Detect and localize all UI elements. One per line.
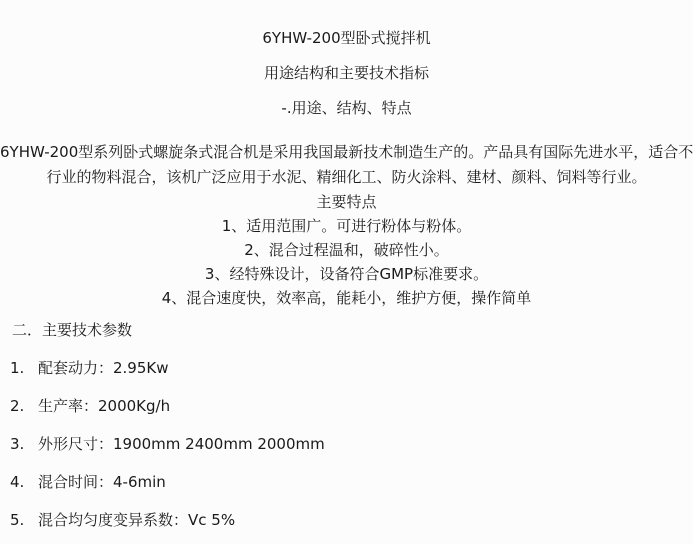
param-text: 生产率：2000Kg/h: [38, 397, 170, 415]
param-item-1: 1.配套动力：2.95Kw: [0, 360, 693, 376]
param-number: 4.: [10, 474, 38, 490]
params-list: 1.配套动力：2.95Kw 2.生产率：2000Kg/h 3.外形尺寸：1900…: [0, 360, 693, 528]
param-item-3: 3.外形尺寸：1900mm 2400mm 2000mm: [0, 436, 693, 452]
param-text: 混合时间：4-6min: [38, 473, 166, 491]
param-number: 1.: [10, 360, 38, 376]
intro-line-1: 6YHW-200型系列卧式螺旋条式混合机是采用我国最新技术制造生产的。产品具有国…: [0, 140, 693, 165]
param-number: 3.: [10, 436, 38, 452]
document-page: 6YHW-200型卧式搅拌机 用途结构和主要技术指标 -.用途、结构、特点 6Y…: [0, 0, 693, 544]
param-text: 配套动力：2.95Kw: [38, 359, 169, 377]
section1-heading: -.用途、结构、特点: [0, 100, 693, 116]
doc-subtitle: 用途结构和主要技术指标: [0, 65, 693, 81]
feature-item-1: 1、适用范围广。可进行粉体与粉体。: [0, 214, 693, 238]
param-item-5: 5.混合均匀度变异系数：Vc 5%: [0, 512, 693, 528]
section2-heading: 二．主要技术参数: [12, 322, 693, 338]
intro-line-2: 行业的物料混合，该机广泛应用于水泥、精细化工、防火涂料、建材、颜料、饲料等行业。: [0, 165, 693, 190]
features-block: 主要特点 1、适用范围广。可进行粉体与粉体。 2、混合过程温和，破碎性小。 3、…: [0, 190, 693, 310]
doc-title: 6YHW-200型卧式搅拌机: [0, 30, 693, 46]
param-item-4: 4.混合时间：4-6min: [0, 474, 693, 490]
features-title: 主要特点: [0, 190, 693, 214]
param-text: 外形尺寸：1900mm 2400mm 2000mm: [38, 435, 325, 453]
param-number: 5.: [10, 512, 38, 528]
feature-item-4: 4、混合速度快，效率高，能耗小，维护方便，操作简单: [0, 286, 693, 310]
feature-item-2: 2、混合过程温和，破碎性小。: [0, 238, 693, 262]
feature-item-3: 3、经特殊设计，设备符合GMP标准要求。: [0, 262, 693, 286]
param-item-2: 2.生产率：2000Kg/h: [0, 398, 693, 414]
intro-paragraph: 6YHW-200型系列卧式螺旋条式混合机是采用我国最新技术制造生产的。产品具有国…: [0, 140, 693, 190]
param-text: 混合均匀度变异系数：Vc 5%: [38, 511, 235, 529]
param-number: 2.: [10, 398, 38, 414]
